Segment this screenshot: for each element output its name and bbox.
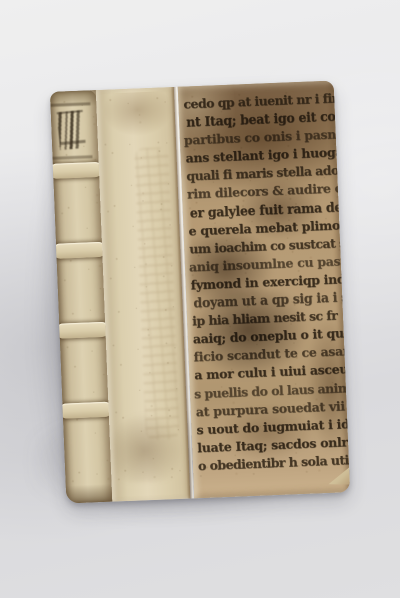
board-stain bbox=[111, 411, 186, 484]
spine-tailcap bbox=[66, 484, 113, 504]
board-stain bbox=[102, 91, 174, 138]
manuscript-cover: cedo qp at iuenit nr i finilripnt Itaq; … bbox=[178, 80, 350, 498]
photo-background: cedo qp at iuenit nr i finilripnt Itaq; … bbox=[0, 0, 400, 598]
spine-raised-band bbox=[53, 242, 106, 259]
faded-ornament-traces bbox=[134, 147, 180, 440]
spine-raised-band bbox=[59, 402, 112, 419]
book: cedo qp at iuenit nr i finilripnt Itaq; … bbox=[50, 80, 350, 503]
spine-inscription bbox=[57, 110, 86, 150]
manuscript-text: cedo qp at iuenit nr i finilripnt Itaq; … bbox=[183, 89, 350, 498]
book-body: cedo qp at iuenit nr i finilripnt Itaq; … bbox=[50, 80, 350, 503]
spine-raised-band bbox=[56, 322, 109, 339]
spine-raised-band bbox=[50, 162, 102, 179]
